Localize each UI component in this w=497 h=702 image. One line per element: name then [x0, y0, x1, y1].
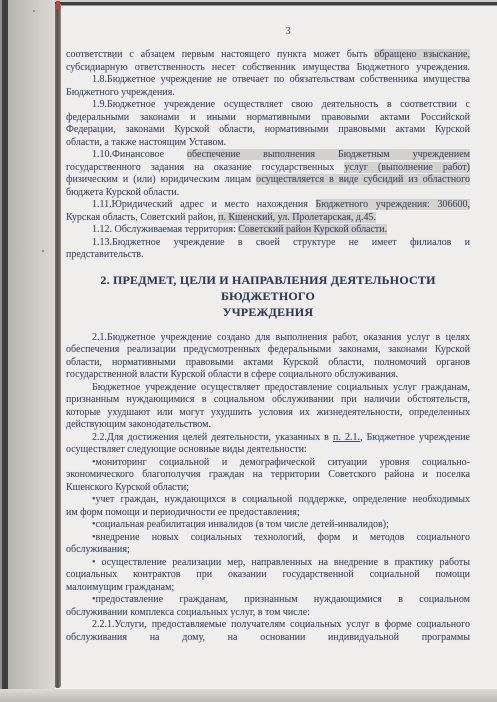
text-segment: федеральными законами и иными нормативны…	[66, 112, 470, 123]
scanned-document-page: 3 соответствии с абзацем первым настояще…	[0, 0, 497, 702]
text-segment: 1.12. Обслуживаемая территория:	[92, 224, 238, 235]
highlighted-text: Бюджетного учреждения: 306600,	[316, 199, 470, 210]
text-line: области, а также настоящим Уставом.	[66, 137, 470, 150]
text-segment: экономического благополучия граждан на т…	[66, 469, 470, 480]
scan-top-edge	[0, 0, 497, 6]
text-line: области, нормативными правовыми актами К…	[66, 357, 470, 370]
text-segment: обслуживания;	[66, 544, 130, 555]
text-segment: государственного задания на оказание гос…	[66, 162, 344, 173]
text-line: • осуществление реализации мер, направле…	[66, 557, 470, 570]
text-segment: 1.10.Финансовое	[92, 149, 187, 160]
text-line: 1.12. Обслуживаемая территория: Советски…	[66, 224, 470, 237]
scan-speck	[42, 250, 44, 252]
section-heading-line: 2. ПРЕДМЕТ, ЦЕЛИ И НАПРАВЛЕНИЯ ДЕЯТЕЛЬНО…	[66, 272, 470, 304]
text-segment: •мониторинг социальной и демографической…	[92, 457, 470, 468]
text-segment: соответствии с абзацем первым настоящего…	[66, 49, 374, 60]
text-segment: физическим и (или) юридическим лицам	[66, 174, 256, 185]
highlighted-text: обеспечение выполнения Бюджетным учрежде…	[187, 149, 470, 160]
text-line: физическим и (или) юридическим лицам осу…	[66, 174, 470, 187]
text-line: экономического благополучия граждан на т…	[66, 469, 470, 482]
text-segment: 2.2.Для достижения целей деятельности, у…	[92, 432, 333, 443]
text-line: им форм помощи и периодичности ее предос…	[66, 507, 470, 520]
text-segment: Кшенского Курской области;	[66, 482, 189, 493]
text-line: субсидиарную ответственность несет собст…	[66, 62, 470, 75]
highlighted-text: осуществляется в виде субсидий из област…	[256, 174, 470, 185]
text-line: соответствии с абзацем первым настоящего…	[66, 49, 470, 62]
text-line: государственной власти Курской области в…	[66, 369, 470, 382]
text-segment: которые ухудшают или могут ухудшить усло…	[66, 407, 470, 418]
text-segment: им форм помощи и периодичности ее предос…	[66, 507, 300, 518]
spacer	[66, 262, 470, 272]
text-line: •учет граждан, нуждающихся в социальной …	[66, 494, 470, 507]
text-line: которые ухудшают или могут ухудшить усло…	[66, 407, 470, 420]
text-segment: 1.11.Юридический адрес и место нахождени…	[92, 199, 316, 210]
text-segment: 2.2.1.Услуги, предоставляемые получателя…	[92, 619, 470, 630]
text-segment: •внедрение новых социальных технологий, …	[92, 532, 470, 543]
text-line: обслуживания на дому, на основании индив…	[66, 632, 470, 645]
text-segment: Федерации, законами Курской области, нор…	[66, 124, 470, 135]
text-segment: •социальная реабилитация инвалидов (в то…	[92, 519, 389, 530]
text-line: обслуживания;	[66, 544, 470, 557]
text-line: •внедрение новых социальных технологий, …	[66, 532, 470, 545]
highlighted-text: п. Кшенский, ул. Пролетарская, д.45.	[218, 212, 376, 223]
text-line: 2.1.Бюджетное учреждение создано для вып…	[66, 332, 470, 345]
text-segment: Бюджетное учреждение осуществляет предос…	[92, 382, 470, 393]
scan-bottom-edge	[0, 689, 497, 702]
text-segment: Бюджетного учреждения.	[66, 87, 175, 98]
text-segment: области, нормативными правовыми актами К…	[66, 357, 470, 368]
text-line: федеральными законами и иными нормативны…	[66, 112, 470, 125]
text-segment: обслуживании комплекса социальных услуг,…	[66, 607, 310, 618]
highlighted-text: услуг (выполнение работ)	[344, 162, 470, 173]
text-segment: действующим законодательством.	[66, 419, 211, 430]
text-segment: 1.9.Бюджетное учреждение осуществляет св…	[92, 99, 470, 110]
text-line: 2.2.Для достижения целей деятельности, у…	[66, 432, 470, 445]
text-segment: социальных контрактов при оказании госуд…	[66, 569, 470, 580]
text-line: Бюджетного учреждения.	[66, 87, 470, 100]
text-line: социальных контрактов при оказании госуд…	[66, 569, 470, 582]
text-segment: осуществляет следующие основные виды дея…	[66, 444, 307, 455]
text-line: •мониторинг социальной и демографической…	[66, 457, 470, 470]
text-segment: субсидиарную ответственность несет собст…	[66, 62, 470, 73]
text-segment: 1.8.Бюджетное учреждение не отвечает по …	[92, 74, 470, 85]
document-body: соответствии с абзацем первым настоящего…	[66, 49, 470, 644]
text-line: •социальная реабилитация инвалидов (в то…	[66, 519, 470, 532]
text-segment: , Бюджетное учреждение	[360, 432, 470, 443]
text-line: •предоставление гражданам, признанным ну…	[66, 594, 470, 607]
text-line: действующим законодательством.	[66, 419, 470, 432]
text-segment: • осуществление реализации мер, направле…	[92, 557, 470, 568]
text-line: бюджета Курской области.	[66, 187, 470, 200]
red-mark	[56, 1, 60, 9]
underlined-reference: п. 2.1.	[333, 432, 360, 443]
text-segment: признанным нуждающимися в социальном обс…	[66, 394, 470, 405]
text-line: 1.10.Финансовое обеспечение выполнения Б…	[66, 149, 470, 162]
text-segment: 1.13.Бюджетное учреждение в своей структ…	[92, 237, 470, 248]
section-heading-line: УЧРЕЖДЕНИЯ	[66, 304, 470, 320]
text-line: обеспечения реализации предусмотренных ф…	[66, 344, 470, 357]
text-segment: области, а также настоящим Уставом.	[66, 137, 226, 148]
text-line: Бюджетное учреждение осуществляет предос…	[66, 382, 470, 395]
text-segment: 2.1.Бюджетное учреждение создано для вып…	[92, 332, 470, 343]
scan-left-margin-shadow	[8, 0, 55, 702]
text-line: 1.9.Бюджетное учреждение осуществляет св…	[66, 99, 470, 112]
text-line: 1.8.Бюджетное учреждение не отвечает по …	[66, 74, 470, 87]
text-segment: обслуживания на дому, на основании индив…	[66, 632, 470, 643]
text-segment: 2. ПРЕДМЕТ, ЦЕЛИ И НАПРАВЛЕНИЯ ДЕЯТЕЛЬНО…	[100, 273, 435, 303]
text-line: осуществляет следующие основные виды дея…	[66, 444, 470, 457]
text-line: 1.13.Бюджетное учреждение в своей структ…	[66, 237, 470, 250]
scan-speck	[33, 10, 35, 12]
text-segment: УЧРЕЖДЕНИЯ	[223, 305, 313, 319]
text-segment: обеспечения реализации предусмотренных ф…	[66, 344, 470, 355]
text-line: малоимущим гражданам;	[66, 582, 470, 595]
scan-left-edge	[0, 0, 8, 702]
spacer	[66, 320, 470, 332]
highlighted-text: обращено взыскание,	[374, 49, 470, 60]
text-segment: •предоставление гражданам, признанным ну…	[92, 594, 470, 605]
text-segment: государственной власти Курской области в…	[66, 369, 398, 380]
text-line: Кшенского Курской области;	[66, 482, 470, 495]
text-segment: бюджета Курской области.	[66, 187, 179, 198]
text-line: Федерации, законами Курской области, нор…	[66, 124, 470, 137]
highlighted-text: Советский район Курской области.	[238, 224, 387, 235]
text-line: признанным нуждающимися в социальном обс…	[66, 394, 470, 407]
text-line: Курская область, Советский район, п. Кше…	[66, 212, 470, 225]
text-line: государственного задания на оказание гос…	[66, 162, 470, 175]
page-binding-shadow	[55, 4, 61, 688]
text-line: 2.2.1.Услуги, предоставляемые получателя…	[66, 619, 470, 632]
text-line: обслуживании комплекса социальных услуг,…	[66, 607, 470, 620]
text-line: представительств.	[66, 249, 470, 262]
text-line: 1.11.Юридический адрес и место нахождени…	[66, 199, 470, 212]
text-segment: малоимущим гражданам;	[66, 582, 174, 593]
text-segment: Курская область, Советский район,	[66, 212, 218, 223]
page-number: 3	[270, 26, 306, 37]
text-segment: •учет граждан, нуждающихся в социальной …	[92, 494, 470, 505]
text-segment: представительств.	[66, 249, 144, 260]
